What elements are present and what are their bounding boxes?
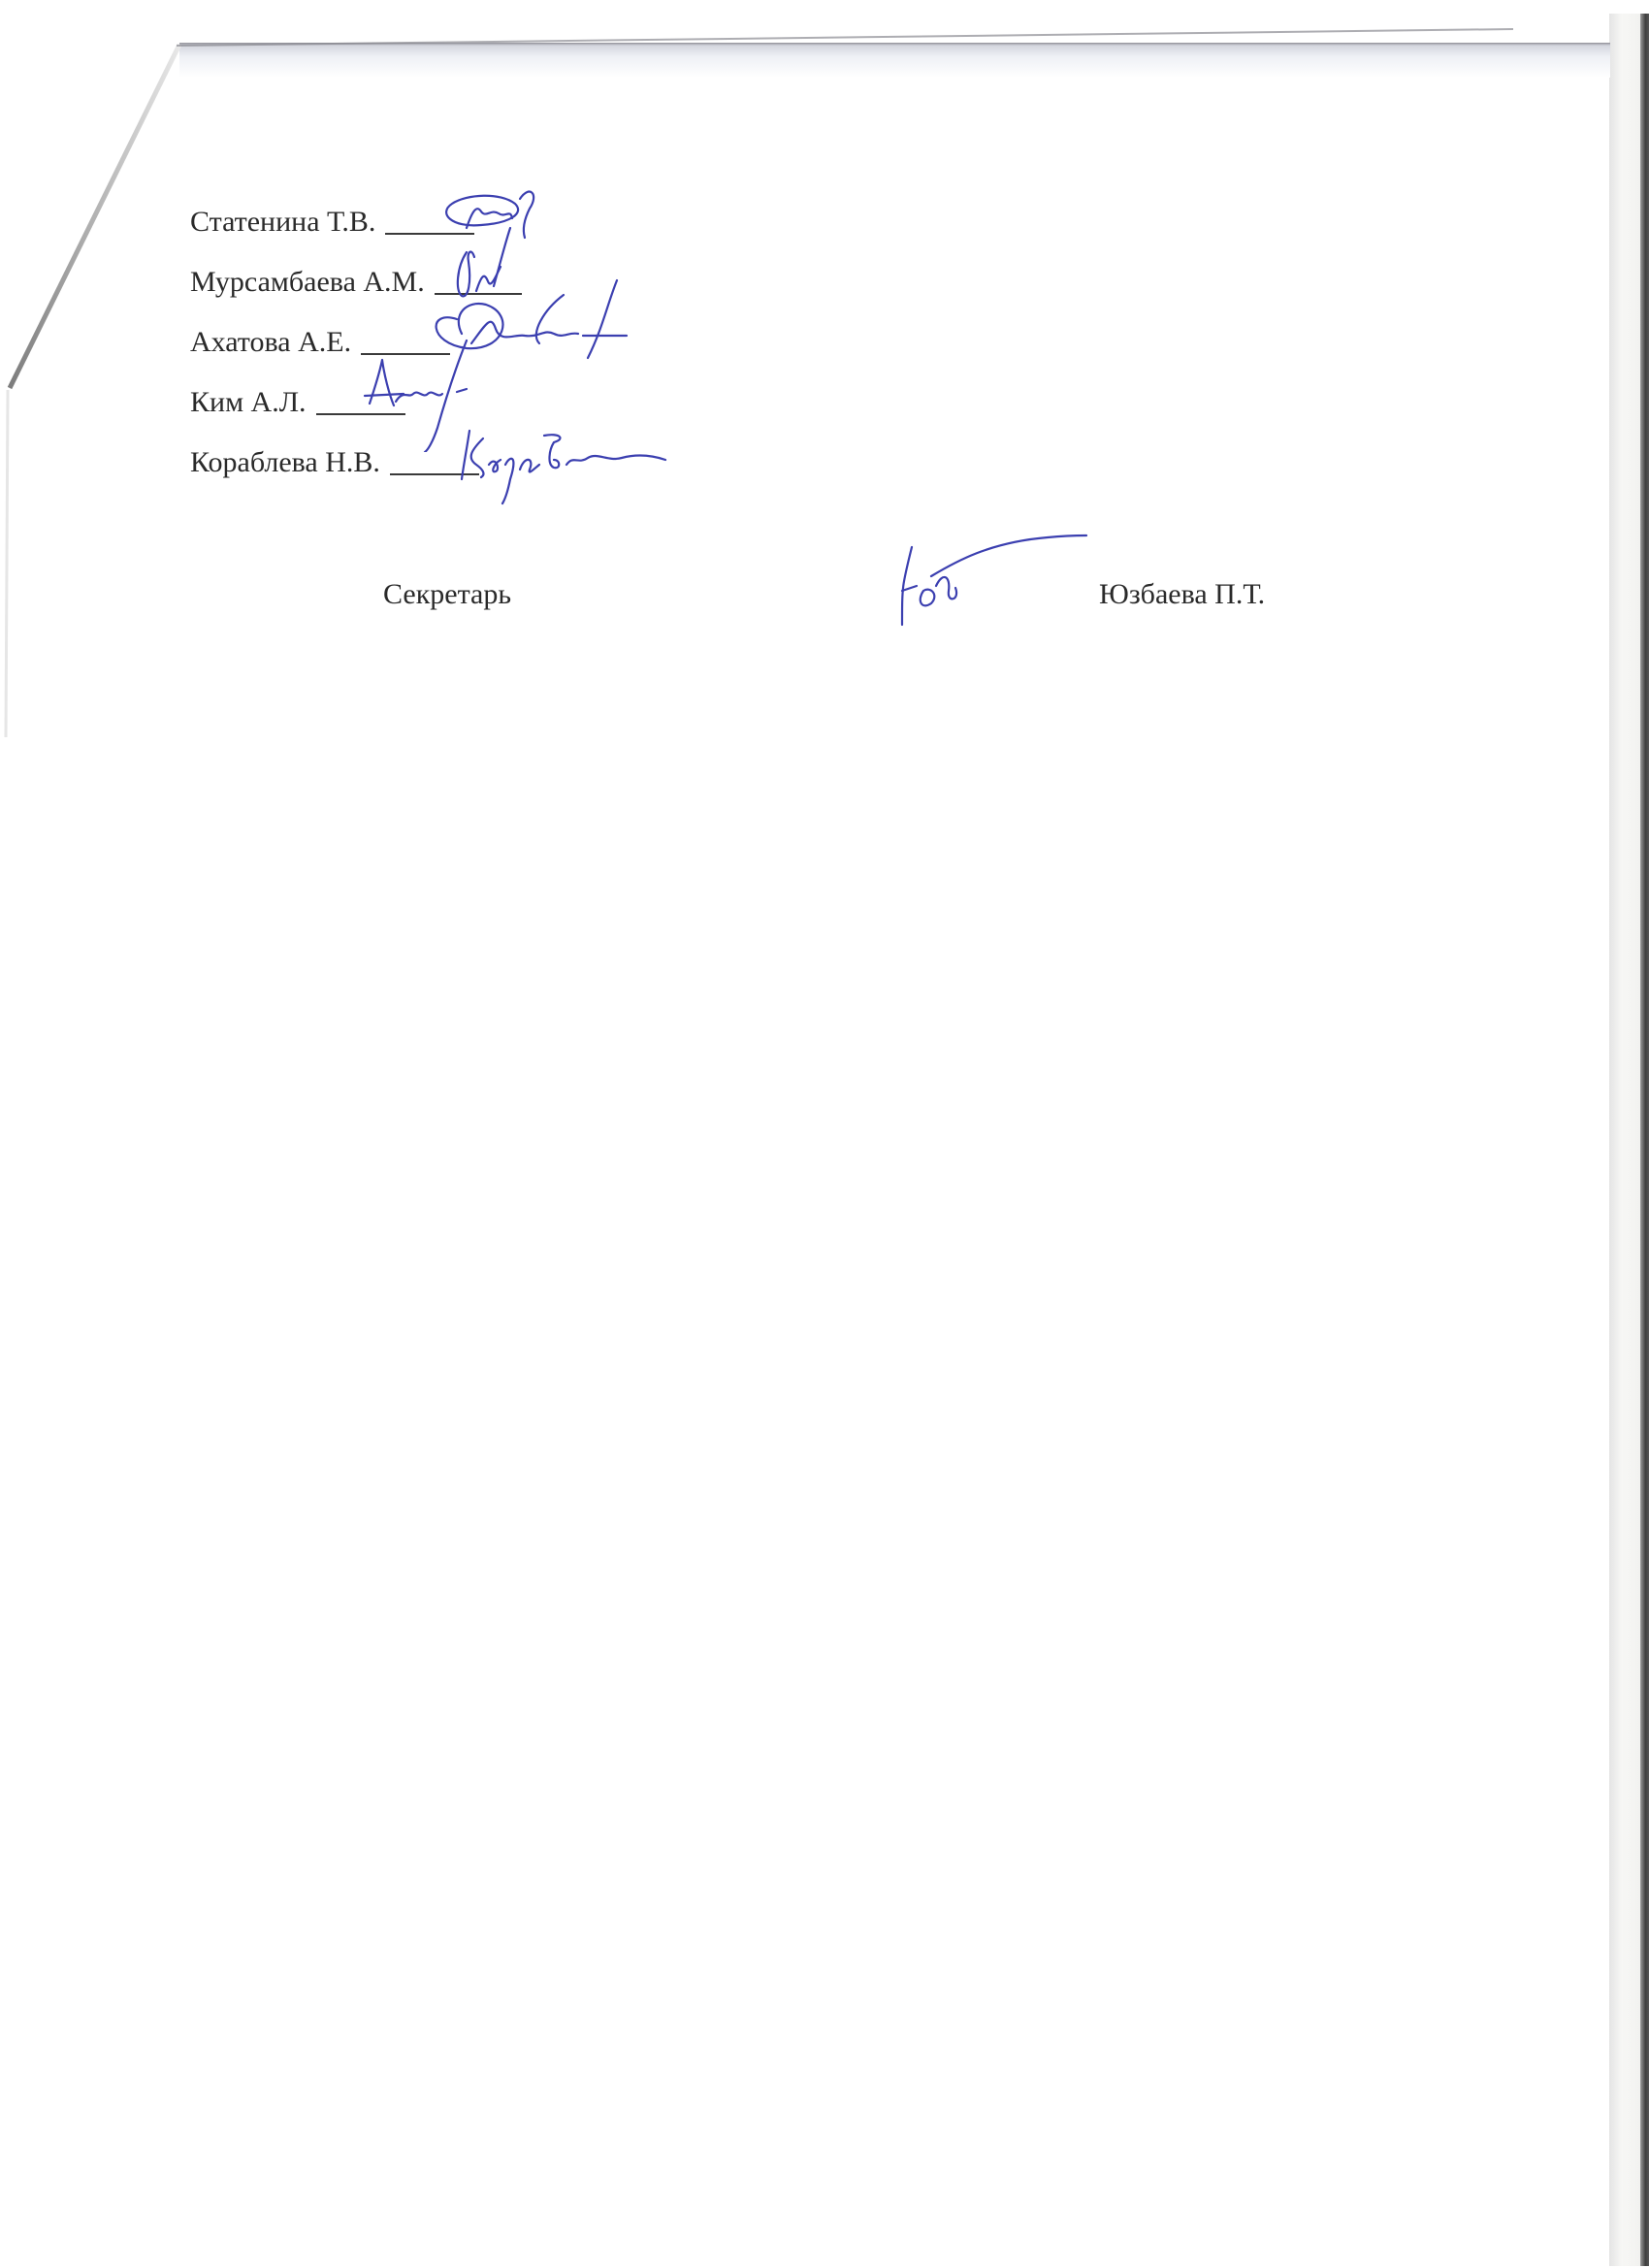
signatory-row: Статенина Т.В. [190, 192, 522, 252]
signatory-row: Ахатова А.Е. [190, 312, 522, 373]
signatories-list: Статенина Т.В. Мурсамбаева А.М. Ахатова … [190, 192, 522, 493]
secretary-signature [621, 528, 1106, 634]
signatory-name: Мурсамбаева А.М. [190, 252, 425, 312]
signature-line [316, 413, 405, 415]
signatory-row: Кораблева Н.В. [190, 433, 522, 493]
signatory-name: Кораблева Н.В. [190, 433, 380, 493]
scan-right-margin [1609, 14, 1640, 2266]
scan-right-edge [1640, 14, 1649, 2266]
secretary-label: Секретарь [383, 578, 511, 611]
signatory-row: Ким А.Л. [190, 373, 522, 433]
signature-line [385, 233, 474, 235]
signatory-row: Мурсамбаева А.М. [190, 252, 522, 312]
secretary-name: Юзбаева П.Т. [1099, 578, 1265, 611]
signature-mark [433, 184, 549, 252]
scan-top-shadow [179, 43, 1610, 78]
signatory-name: Ахатова А.Е. [190, 312, 351, 373]
signature-line [390, 473, 479, 475]
signatory-name: Статенина Т.В. [190, 192, 375, 252]
signatory-name: Ким А.Л. [190, 373, 307, 433]
signature-line [435, 293, 522, 295]
signature-line [361, 353, 450, 355]
